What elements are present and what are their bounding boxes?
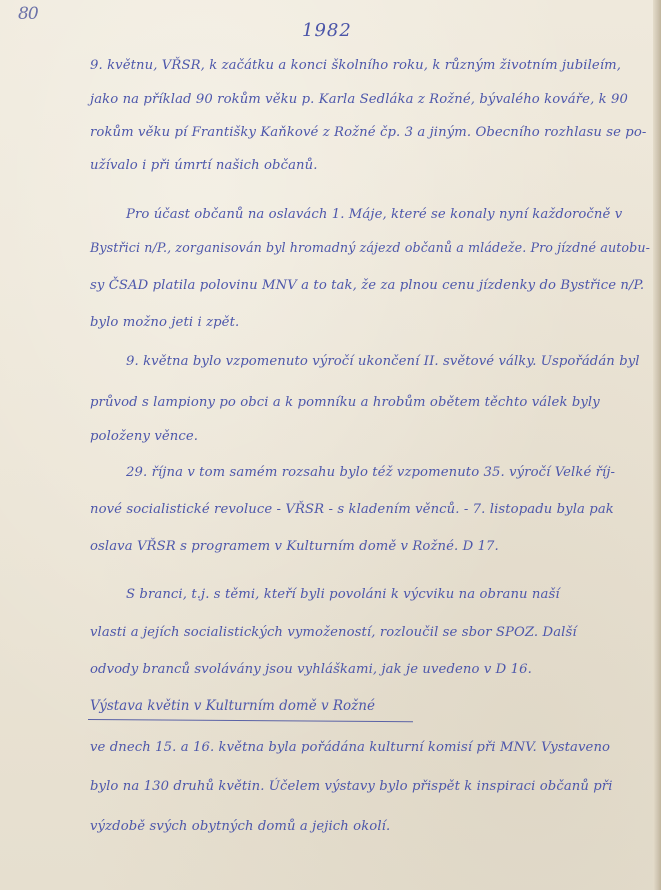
text-line: odvody branců svolávány jsou vyhláškami,… [90, 660, 532, 680]
text-line: bylo na 130 druhů květin. Účelem výstavy… [90, 777, 613, 797]
text-line: bylo možno jeti i zpět. [90, 313, 239, 333]
chronicle-page: 80 1982 9. květnu, VŘSR, k začátku a kon… [0, 0, 661, 890]
text-line: oslava VŘSR s programem v Kulturním domě… [90, 537, 499, 557]
text-line: průvod s lampiony po obci a k pomníku a … [90, 393, 600, 413]
text-line: vlasti a jejích socialistických vymoženo… [90, 623, 577, 643]
text-line: položeny věnce. [90, 427, 198, 447]
heading-underline [88, 719, 413, 722]
text-line: 9. května bylo vzpomenuto výročí ukončen… [126, 352, 640, 372]
text-line: Bystřici n/P., zorganisován byl hromadný… [90, 239, 650, 259]
text-line: nové socialistické revoluce - VŘSR - s k… [90, 500, 614, 520]
text-line: 29. října v tom samém rozsahu bylo též v… [126, 463, 615, 483]
text-line: S branci, t.j. s těmi, kteří byli povolá… [126, 585, 560, 605]
text-line: 9. květnu, VŘSR, k začátku a konci školn… [90, 56, 621, 76]
text-line: Pro účast občanů na oslavách 1. Máje, kt… [126, 205, 622, 225]
page-number: 80 [18, 4, 38, 24]
page-binding-edge [653, 0, 661, 890]
text-line: užívalo i při úmrtí našich občanů. [90, 156, 318, 176]
text-line: ve dnech 15. a 16. května byla pořádána … [90, 738, 610, 758]
text-line: sy ČSAD platila polovinu MNV a to tak, ž… [90, 276, 644, 296]
text-line: jako na příklad 90 rokům věku p. Karla S… [90, 90, 628, 110]
year-heading: 1982 [302, 20, 352, 41]
section-heading: Výstava květin v Kulturním domě v Rožné [90, 696, 375, 716]
text-line: výzdobě svých obytných domů a jejich oko… [90, 817, 390, 837]
text-line: rokům věku pí Františky Kaňkové z Rožné … [90, 123, 646, 143]
